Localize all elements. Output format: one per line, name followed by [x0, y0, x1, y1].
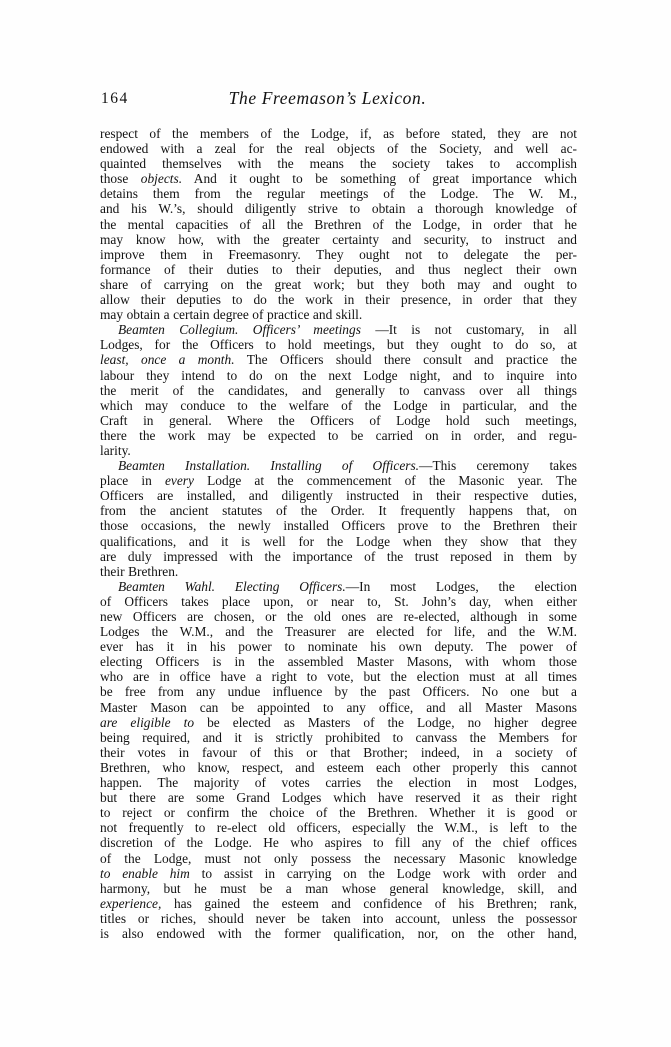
- text-line: who are in office have a right to vote, …: [100, 669, 577, 684]
- text-line: Lodges, for the Officers to hold meeting…: [100, 337, 577, 352]
- text-line: ever has it in his power to nominate his…: [100, 639, 577, 654]
- text-line: experience, has gained the esteem and co…: [100, 896, 577, 911]
- text-line: Beamten Installation. Installing of Offi…: [100, 458, 577, 473]
- text-line: place in every Lodge at the commencement…: [100, 473, 577, 488]
- text-line: but there are some Grand Lodges which ha…: [100, 790, 577, 805]
- text-line: formance of their duties to their deputi…: [100, 262, 577, 277]
- text-line: improve them in Freemasonry. They ought …: [100, 247, 577, 262]
- text-line: Beamten Collegium. Officers’ meetings —I…: [100, 322, 577, 337]
- body-text: respect of the members of the Lodge, if,…: [100, 126, 577, 941]
- text-line: those occasions, the newly installed Off…: [100, 518, 577, 533]
- text-line: being required, and it is strictly prohi…: [100, 730, 577, 745]
- text-block: 164 The Freemason’s Lexicon. respect of …: [100, 88, 577, 941]
- text-line: discretion of the Lodge. He who aspires …: [100, 835, 577, 850]
- text-line: to enable him to assist in carrying on t…: [100, 866, 577, 881]
- text-line: quainted themselves with the means the s…: [100, 156, 577, 171]
- text-line: harmony, but he must be a man whose gene…: [100, 881, 577, 896]
- text-line: allow their deputies to do the work in t…: [100, 292, 577, 307]
- text-line: Craft in general. Where the Officers of …: [100, 413, 577, 428]
- text-line: are eligible to be elected as Masters of…: [100, 715, 577, 730]
- page-number: 164: [101, 90, 129, 108]
- text-line: larity.: [100, 443, 577, 458]
- text-line: may obtain a certain degree of practice …: [100, 307, 577, 322]
- text-line: their votes in favour of this or that Br…: [100, 745, 577, 760]
- text-line: to reject or confirm the choice of the B…: [100, 805, 577, 820]
- text-line: there the work may be expected to be car…: [100, 428, 577, 443]
- text-line: share of carrying on the great work; but…: [100, 277, 577, 292]
- text-line: qualifications, and it is well for the L…: [100, 534, 577, 549]
- text-line: is also endowed with the former qualific…: [100, 926, 577, 941]
- running-title: The Freemason’s Lexicon.: [100, 88, 577, 109]
- text-line: Master Mason can be appointed to any off…: [100, 700, 577, 715]
- text-line: new Officers are chosen, or the old ones…: [100, 609, 577, 624]
- text-line: and his W.’s, should diligently strive t…: [100, 201, 577, 216]
- text-line: their Brethren.: [100, 564, 577, 579]
- text-line: electing Officers is in the assembled Ma…: [100, 654, 577, 669]
- text-line: respect of the members of the Lodge, if,…: [100, 126, 577, 141]
- text-line: labour they intend to do on the next Lod…: [100, 368, 577, 383]
- text-line: may know how, with the greater certainty…: [100, 232, 577, 247]
- text-line: Lodges the W.M., and the Treasurer are e…: [100, 624, 577, 639]
- text-line: the mental capacities of all the Brethre…: [100, 217, 577, 232]
- text-line: titles or riches, should never be taken …: [100, 911, 577, 926]
- page-header: 164 The Freemason’s Lexicon.: [100, 88, 577, 110]
- text-line: those objects. And it ought to be someth…: [100, 171, 577, 186]
- text-line: the merit of the candidates, and general…: [100, 383, 577, 398]
- text-line: be free from any undue influence by the …: [100, 684, 577, 699]
- text-line: not frequently to re-elect old officers,…: [100, 820, 577, 835]
- text-line: Beamten Wahl. Electing Officers.—In most…: [100, 579, 577, 594]
- text-line: detains them from the regular meetings o…: [100, 186, 577, 201]
- text-line: which may conduce to the welfare of the …: [100, 398, 577, 413]
- book-page: 164 The Freemason’s Lexicon. respect of …: [0, 0, 671, 1047]
- text-line: of Officers takes place upon, or near to…: [100, 594, 577, 609]
- text-line: happen. The majority of votes carries th…: [100, 775, 577, 790]
- text-line: Officers are installed, and diligently i…: [100, 488, 577, 503]
- text-line: endowed with a zeal for the real objects…: [100, 141, 577, 156]
- text-line: least, once a month. The Officers should…: [100, 352, 577, 367]
- text-line: Brethren, who know, respect, and esteem …: [100, 760, 577, 775]
- text-line: are duly impressed with the importance o…: [100, 549, 577, 564]
- text-line: from the ancient statutes of the Order. …: [100, 503, 577, 518]
- text-line: of the Lodge, must not only possess the …: [100, 851, 577, 866]
